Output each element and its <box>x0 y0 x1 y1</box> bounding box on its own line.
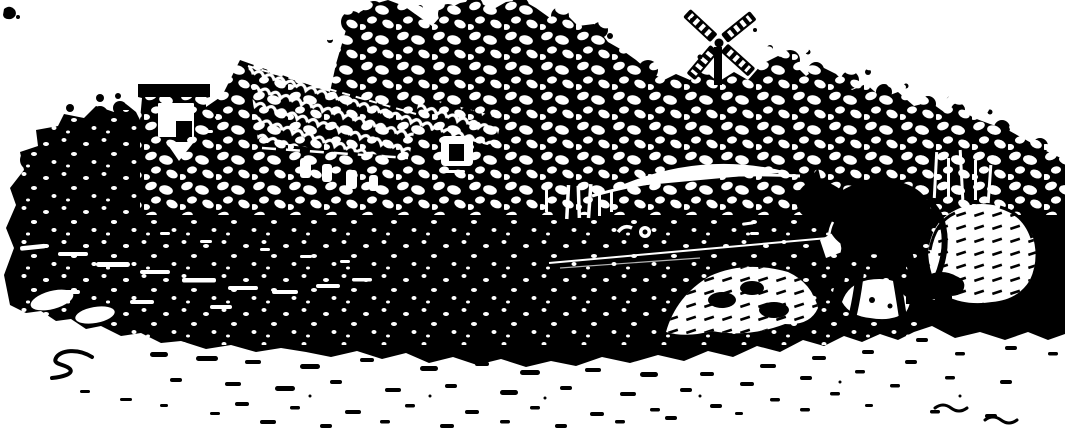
windmill-post <box>714 47 722 85</box>
chimney-shadow <box>176 121 192 137</box>
window-sill <box>445 170 465 173</box>
page: wood engraving (vignette) <box>0 0 1065 434</box>
wood-engraving: wood engraving (vignette) <box>0 0 1065 434</box>
windmill-hub <box>715 39 724 48</box>
chimney-cap <box>138 84 210 97</box>
window-pane <box>449 144 464 161</box>
